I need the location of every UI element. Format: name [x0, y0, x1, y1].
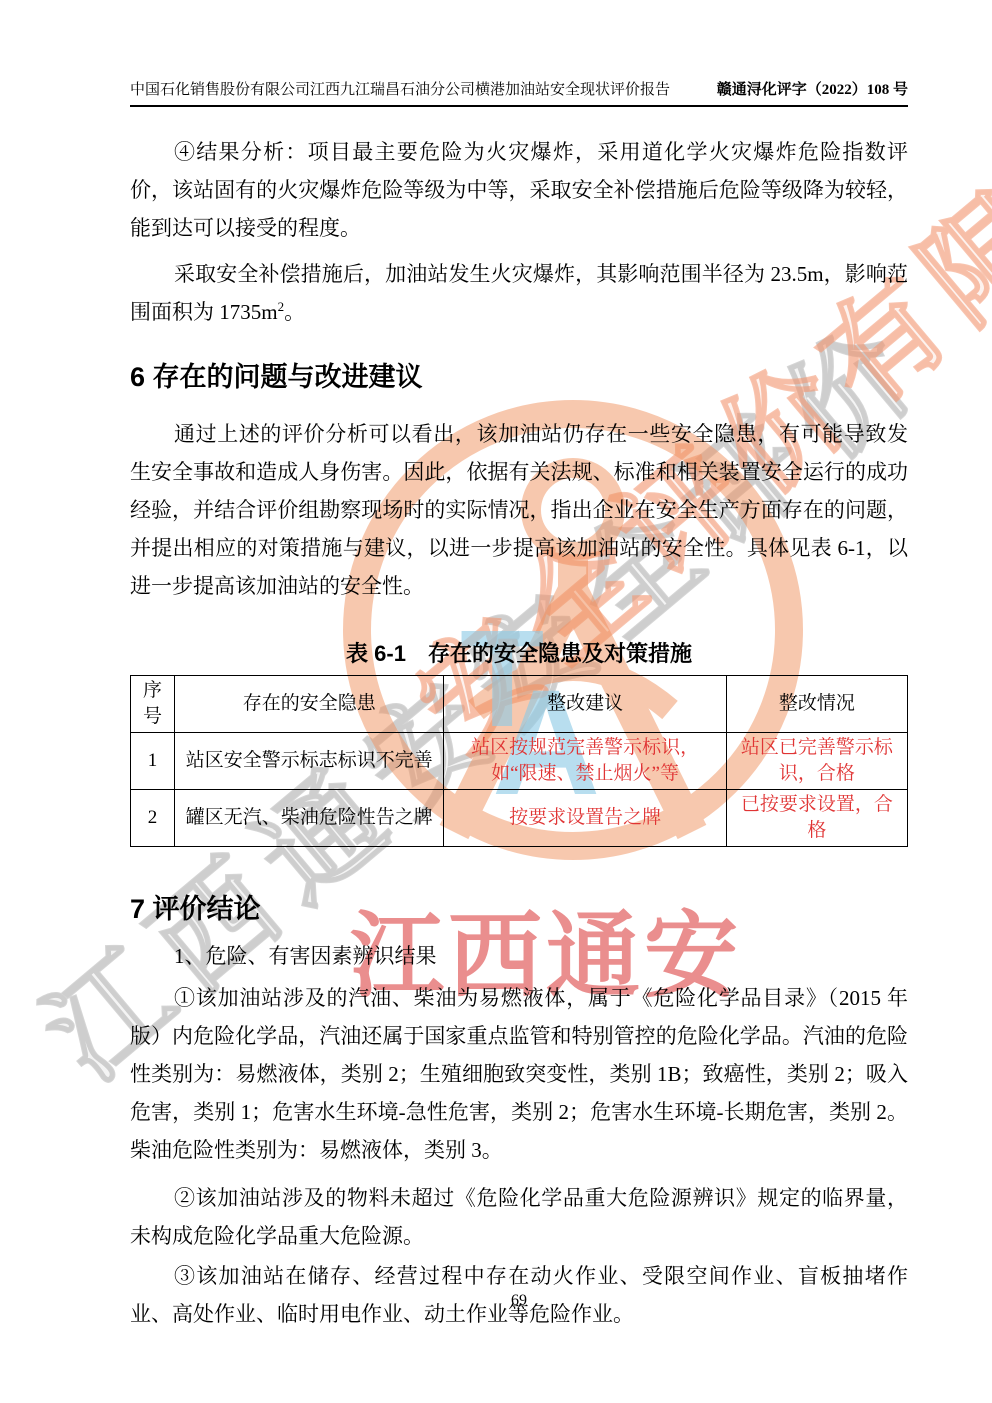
cell-suggestion: 按要求设置告之牌: [444, 790, 726, 847]
col-header-seq: 序号: [131, 676, 175, 733]
page-header: 中国石化销售股份有限公司江西九江瑞昌石油分公司横港加油站安全现状评价报告 赣通浔…: [130, 80, 908, 100]
table-6-1-title: 表 6-1 存在的安全隐患及对策措施: [130, 641, 908, 667]
col-header-issue: 存在的安全隐患: [175, 676, 444, 733]
section-6-heading: 6 存在的问题与改进建议: [130, 361, 908, 393]
impact-range-text: 采取安全补偿措施后，加油站发生火灾爆炸，其影响范围半径为 23.5m，影响范围面…: [130, 262, 908, 324]
paragraph-identification-result: 1、危险、有害因素辨识结果: [130, 937, 908, 975]
table-row: 1 站区安全警示标志标识不完善 站区按规范完善警示标识，如“限速、禁止烟火”等 …: [131, 733, 908, 790]
section-7-heading: 7 评价结论: [130, 893, 908, 925]
paragraph-problems-overview: 通过上述的评价分析可以看出，该加油站仍存在一些安全隐患，有可能导致发生安全事故和…: [130, 415, 908, 605]
cell-status: 站区已完善警示标识，合格: [726, 733, 907, 790]
col-header-status: 整改情况: [726, 676, 907, 733]
paragraph-hazard-classes: ①该加油站涉及的汽油、柴油为易燃液体，属于《危险化学品目录》（2015 年版）内…: [130, 979, 908, 1169]
cell-seq: 1: [131, 733, 175, 790]
cell-suggestion: 站区按规范完善警示标识，如“限速、禁止烟火”等: [444, 733, 726, 790]
page-number: 69: [130, 1292, 908, 1310]
paragraph-major-hazard-source: ②该加油站涉及的物料未超过《危险化学品重大危险源辨识》规定的临界量，未构成危险化…: [130, 1179, 908, 1255]
impact-range-period: 。: [284, 300, 305, 324]
table-row: 2 罐区无汽、柴油危险性告之牌 按要求设置告之牌 已按要求设置，合格: [131, 790, 908, 847]
header-rule: [130, 105, 908, 107]
document-number: 赣通浔化评字（2022）108 号: [717, 80, 908, 100]
paragraph-impact-range: 采取安全补偿措施后，加油站发生火灾爆炸，其影响范围半径为 23.5m，影响范围面…: [130, 255, 908, 331]
cell-status: 已按要求设置，合格: [726, 790, 907, 847]
cell-issue: 站区安全警示标志标识不完善: [175, 733, 444, 790]
document-content: 中国石化销售股份有限公司江西九江瑞昌石油分公司横港加油站安全现状评价报告 赣通浔…: [0, 0, 992, 1403]
document-page: 江西通安安全评价 安全评价有限公司 T A 江西通安 中国石化销售股份有限公司江…: [0, 0, 992, 1403]
cell-issue: 罐区无汽、柴油危险性告之牌: [175, 790, 444, 847]
col-header-suggestion: 整改建议: [444, 676, 726, 733]
table-header-row: 序号 存在的安全隐患 整改建议 整改情况: [131, 676, 908, 733]
paragraph-result-analysis: ④结果分析：项目最主要危险为火灾爆炸，采用道化学火灾爆炸危险指数评价，该站固有的…: [130, 133, 908, 247]
cell-seq: 2: [131, 790, 175, 847]
report-title-header: 中国石化销售股份有限公司江西九江瑞昌石油分公司横港加油站安全现状评价报告: [130, 80, 670, 100]
hazards-table: 序号 存在的安全隐患 整改建议 整改情况 1 站区安全警示标志标识不完善 站区按…: [130, 675, 908, 847]
